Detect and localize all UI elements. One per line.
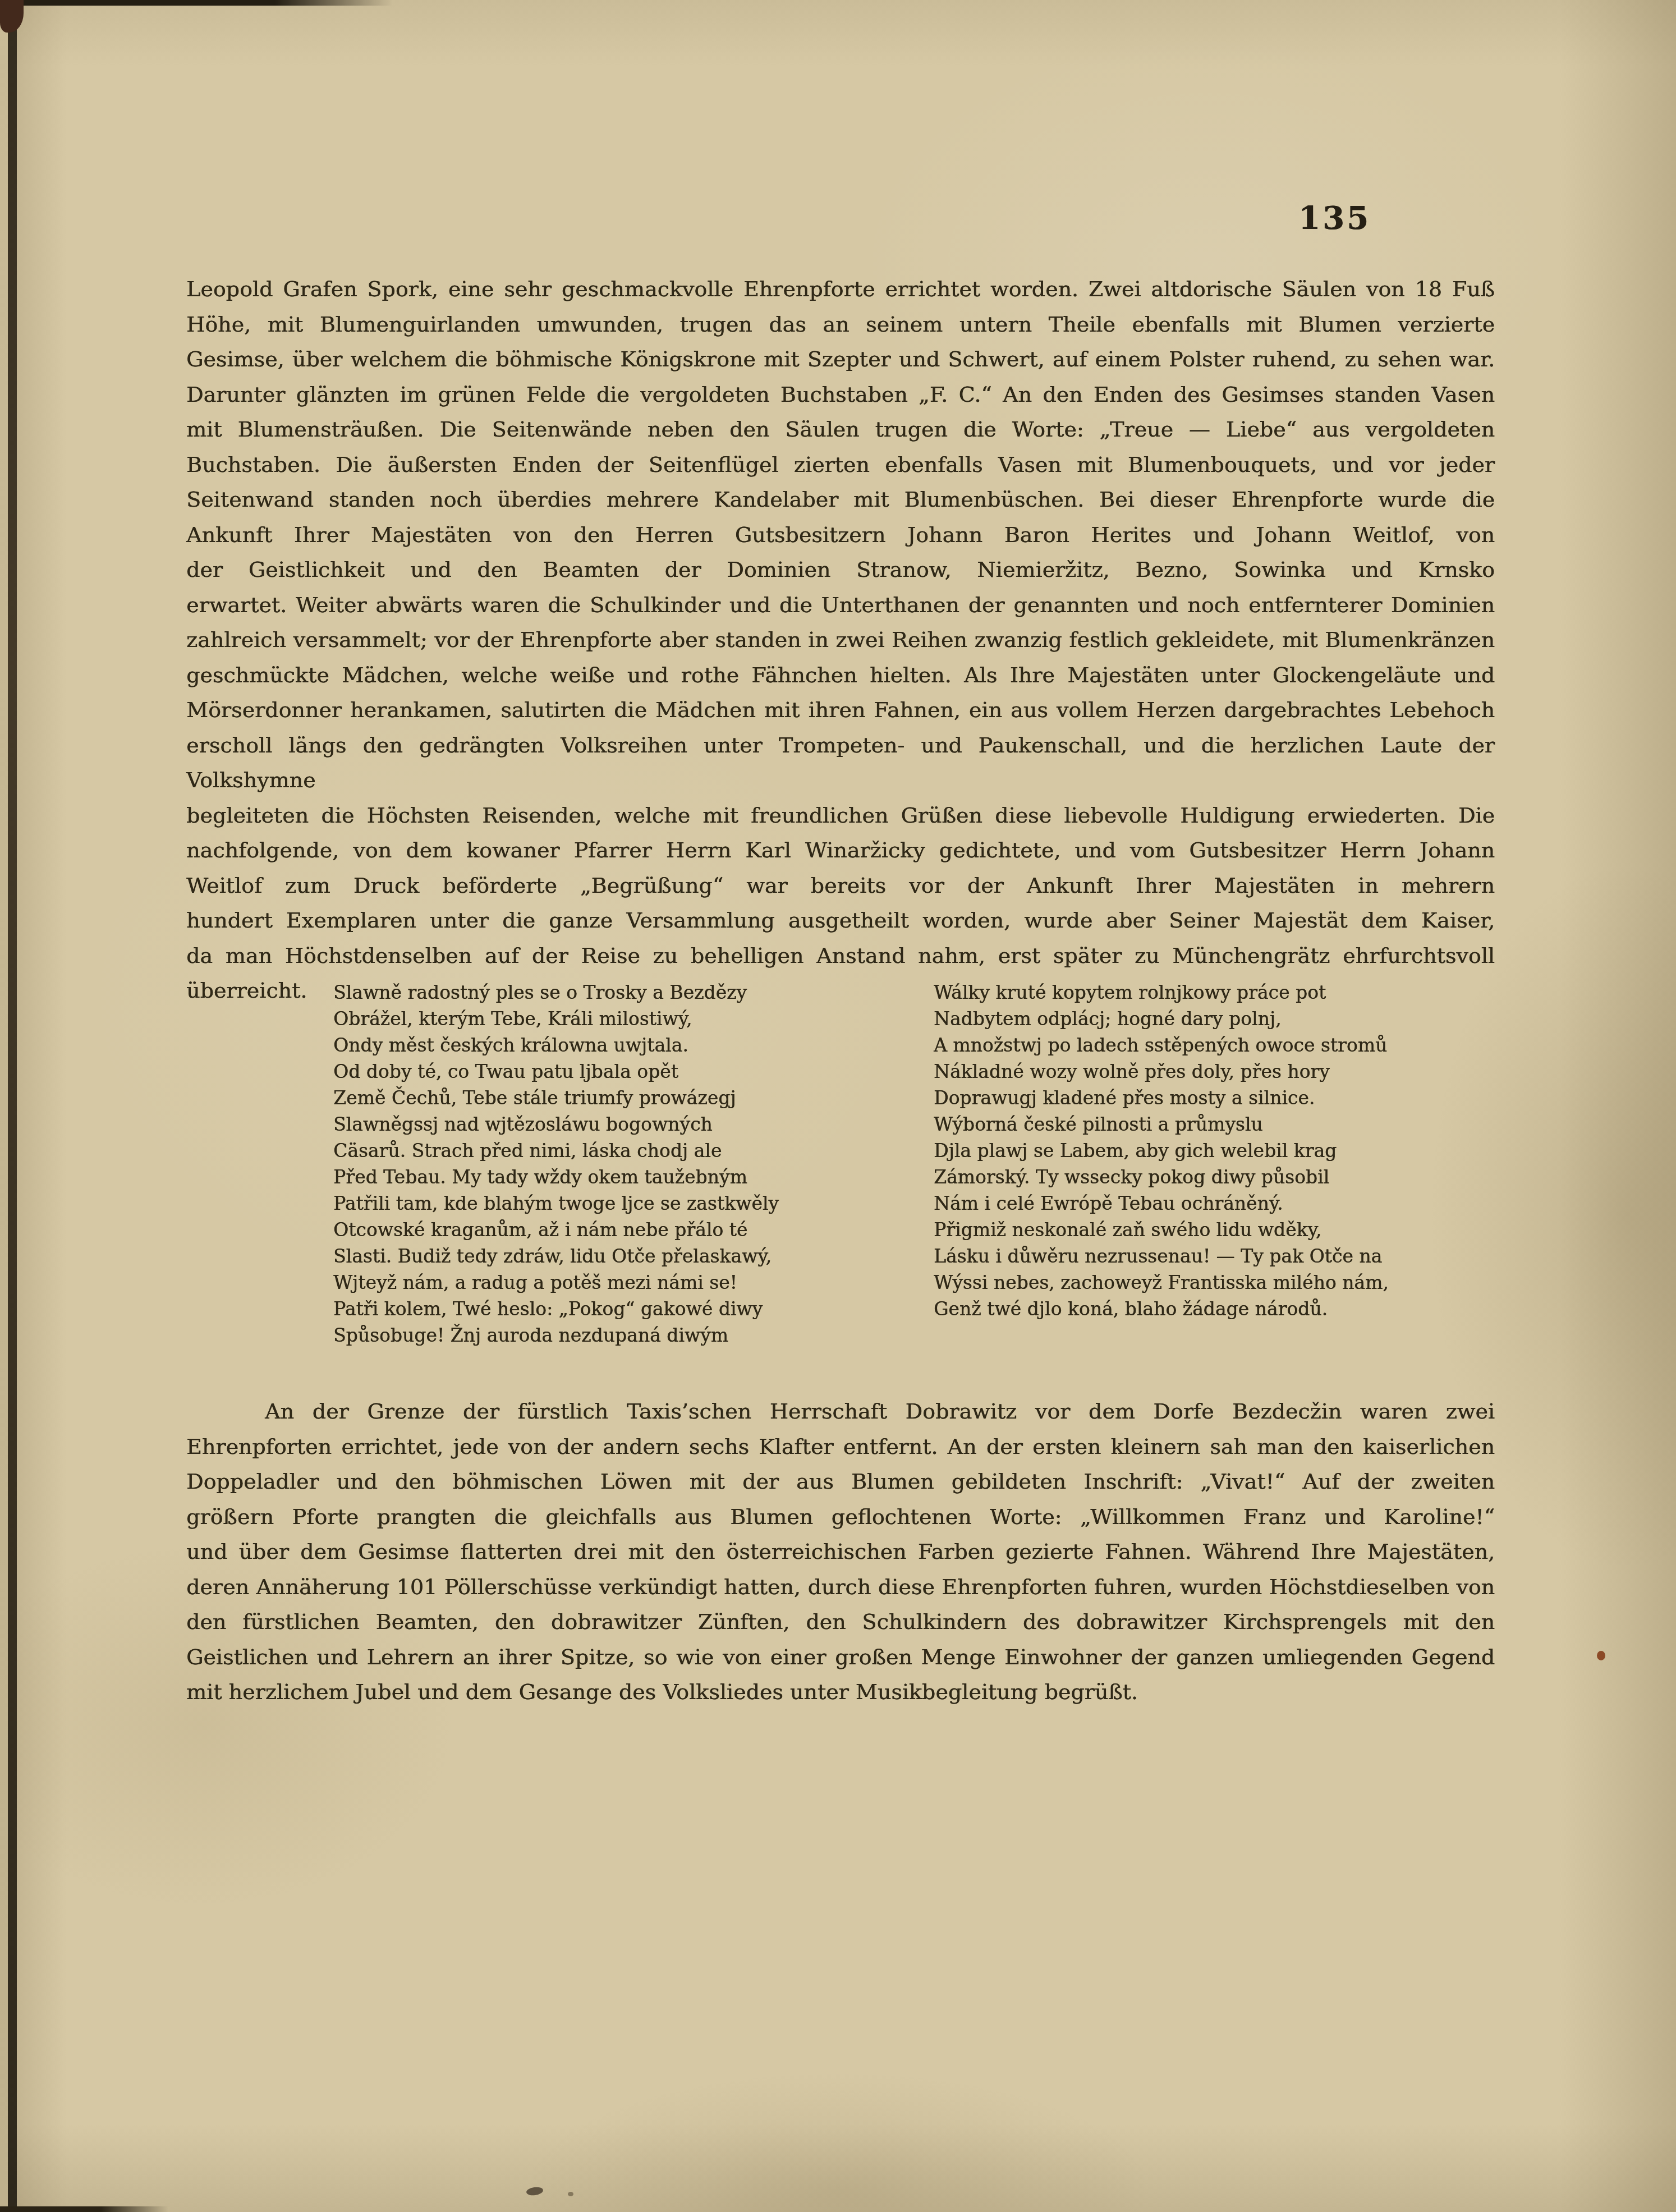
page-number: 135 xyxy=(1298,200,1371,237)
poem-line: A množstwj po ladech sstěpených owoce st… xyxy=(934,1032,1495,1058)
main-paragraph-line: erscholl längs den gedrängten Volksreihe… xyxy=(186,728,1495,798)
main-paragraph-line: nachfolgende, von dem kowaner Pfarrer He… xyxy=(186,833,1495,868)
main-paragraph-line: hundert Exemplaren unter die ganze Versa… xyxy=(186,903,1495,938)
poem-line: Slawně radostný ples se o Trosky a Bezdě… xyxy=(333,979,894,1006)
poem-right-column: Wálky kruté kopytem rolnjkowy práce potN… xyxy=(934,979,1495,1322)
main-paragraph-line: Mörserdonner herankamen, salutirten die … xyxy=(186,692,1495,728)
closing-paragraph-line: Geistlichen und Lehrern an ihrer Spitze,… xyxy=(186,1640,1495,1675)
poem-line: Wjteyž nám, a radug a potěš mezi námi se… xyxy=(333,1269,894,1296)
ink-speck-red xyxy=(1597,1651,1605,1660)
closing-paragraph-line: deren Annäherung 101 Pöllerschüsse verkü… xyxy=(186,1569,1495,1605)
closing-paragraph-line: den fürstlichen Beamten, den dobrawitzer… xyxy=(186,1604,1495,1640)
poem-line: Spůsobuge! Žnj auroda nezdupaná diwým xyxy=(333,1322,894,1348)
main-paragraph-line: Ankunft Ihrer Majestäten von den Herren … xyxy=(186,517,1495,553)
poem-line: Zámorský. Ty wssecky pokog diwy působil xyxy=(934,1164,1495,1190)
closing-paragraph: An der Grenze der fürstlich Taxis’schen … xyxy=(186,1394,1495,1710)
poem-line: Wálky kruté kopytem rolnjkowy práce pot xyxy=(934,979,1495,1006)
main-paragraph-line: Darunter glänzten im grünen Felde die ve… xyxy=(186,377,1495,412)
closing-paragraph-line: und über dem Gesimse flatterten drei mit… xyxy=(186,1534,1495,1569)
poem-left-column: Slawně radostný ples se o Trosky a Bezdě… xyxy=(333,979,894,1348)
closing-paragraph-line: Ehrenpforten errichtet, jede von der and… xyxy=(186,1429,1495,1465)
main-paragraph-line: Buchstaben. Die äußersten Enden der Seit… xyxy=(186,447,1495,483)
main-paragraph-line: der Geistlichkeit und den Beamten der Do… xyxy=(186,552,1495,588)
main-paragraph-line: erwartet. Weiter abwärts waren die Schul… xyxy=(186,588,1495,623)
ink-speck-mid xyxy=(568,2192,573,2196)
poem-line: Nám i celé Ewrópě Tebau ochráněný. xyxy=(934,1190,1495,1217)
ink-speck-bottom xyxy=(526,2186,544,2196)
binding-shadow xyxy=(8,0,17,2212)
main-paragraph-line: Leopold Grafen Spork, eine sehr geschmac… xyxy=(186,272,1495,307)
poem-line: Otcowské kraganům, až i nám nebe přálo t… xyxy=(333,1217,894,1243)
poem-line: Genž twé djlo koná, blaho žádage národů. xyxy=(934,1296,1495,1322)
main-paragraph-line: begleiteten die Höchsten Reisenden, welc… xyxy=(186,798,1495,833)
book-page: 135 Leopold Grafen Spork, eine sehr gesc… xyxy=(0,0,1676,2212)
poem-line: Přigmiž neskonalé zaň swého lidu wděky, xyxy=(934,1217,1495,1243)
poem-line: Obrážel, kterým Tebe, Králi milostiwý, xyxy=(333,1006,894,1032)
poem-line: Patři kolem, Twé heslo: „Pokog“ gakowé d… xyxy=(333,1296,894,1322)
poem-line: Nákladné wozy wolně přes doly, přes hory xyxy=(934,1058,1495,1085)
main-paragraph-line: mit Blumensträußen. Die Seitenwände nebe… xyxy=(186,412,1495,447)
poem-line: Doprawugj kladené přes mosty a silnice. xyxy=(934,1085,1495,1111)
poem-line: Před Tebau. My tady wždy okem taužebným xyxy=(333,1164,894,1190)
top-edge-scan-mark xyxy=(0,0,393,6)
closing-paragraph-line: größern Pforte prangten die gleichfalls … xyxy=(186,1499,1495,1535)
poem-line: Patřili tam, kde blahým twoge ljce se za… xyxy=(333,1190,894,1217)
closing-paragraph-line: mit herzlichem Jubel und dem Gesange des… xyxy=(186,1674,1495,1710)
main-paragraph-line: Höhe, mit Blumenguirlanden umwunden, tru… xyxy=(186,307,1495,342)
poem-line: Cäsarů. Strach před nimi, láska chodj al… xyxy=(333,1137,894,1164)
corner-stain xyxy=(0,0,24,33)
poem-line: Lásku i důwěru nezrussenau! — Ty pak Otč… xyxy=(934,1243,1495,1269)
page-edge-paper xyxy=(0,0,8,2212)
main-paragraph-line: geschmückte Mädchen, welche weiße und ro… xyxy=(186,658,1495,693)
main-paragraph: Leopold Grafen Spork, eine sehr geschmac… xyxy=(186,272,1495,1008)
poem-line: Slawněgssj nad wjtězosláwu bogowných xyxy=(333,1111,894,1137)
main-paragraph-line: Seitenwand standen noch überdies mehrere… xyxy=(186,482,1495,517)
main-paragraph-line: zahlreich versammelt; vor der Ehrenpfort… xyxy=(186,622,1495,658)
poem-line: Ondy měst českých králowna uwjtala. xyxy=(333,1032,894,1058)
poem-line: Slasti. Budiž tedy zdráw, lidu Otče přel… xyxy=(333,1243,894,1269)
main-paragraph-line: Weitlof zum Druck beförderte „Begrüßung“… xyxy=(186,868,1495,903)
poem-line: Wýssi nebes, zachoweyž Frantisska milého… xyxy=(934,1269,1495,1296)
poem-line: Nadbytem odplácj; hogné dary polnj, xyxy=(934,1006,1495,1032)
bottom-edge-scan-mark xyxy=(0,2206,168,2212)
closing-paragraph-line: Doppeladler und den böhmischen Löwen mit… xyxy=(186,1464,1495,1499)
poem-line: Od doby té, co Twau patu ljbala opět xyxy=(333,1058,894,1085)
poem-line: Djla plawj se Labem, aby gich welebil kr… xyxy=(934,1137,1495,1164)
main-paragraph-line: Gesimse, über welchem die böhmische Köni… xyxy=(186,342,1495,377)
poem-line: Země Čechů, Tebe stále triumfy prowázegj xyxy=(333,1085,894,1111)
main-paragraph-line: da man Höchstdenselben auf der Reise zu … xyxy=(186,938,1495,974)
closing-paragraph-line: An der Grenze der fürstlich Taxis’schen … xyxy=(186,1394,1495,1429)
poem-line: Wýborná české pilnosti a průmyslu xyxy=(934,1111,1495,1137)
